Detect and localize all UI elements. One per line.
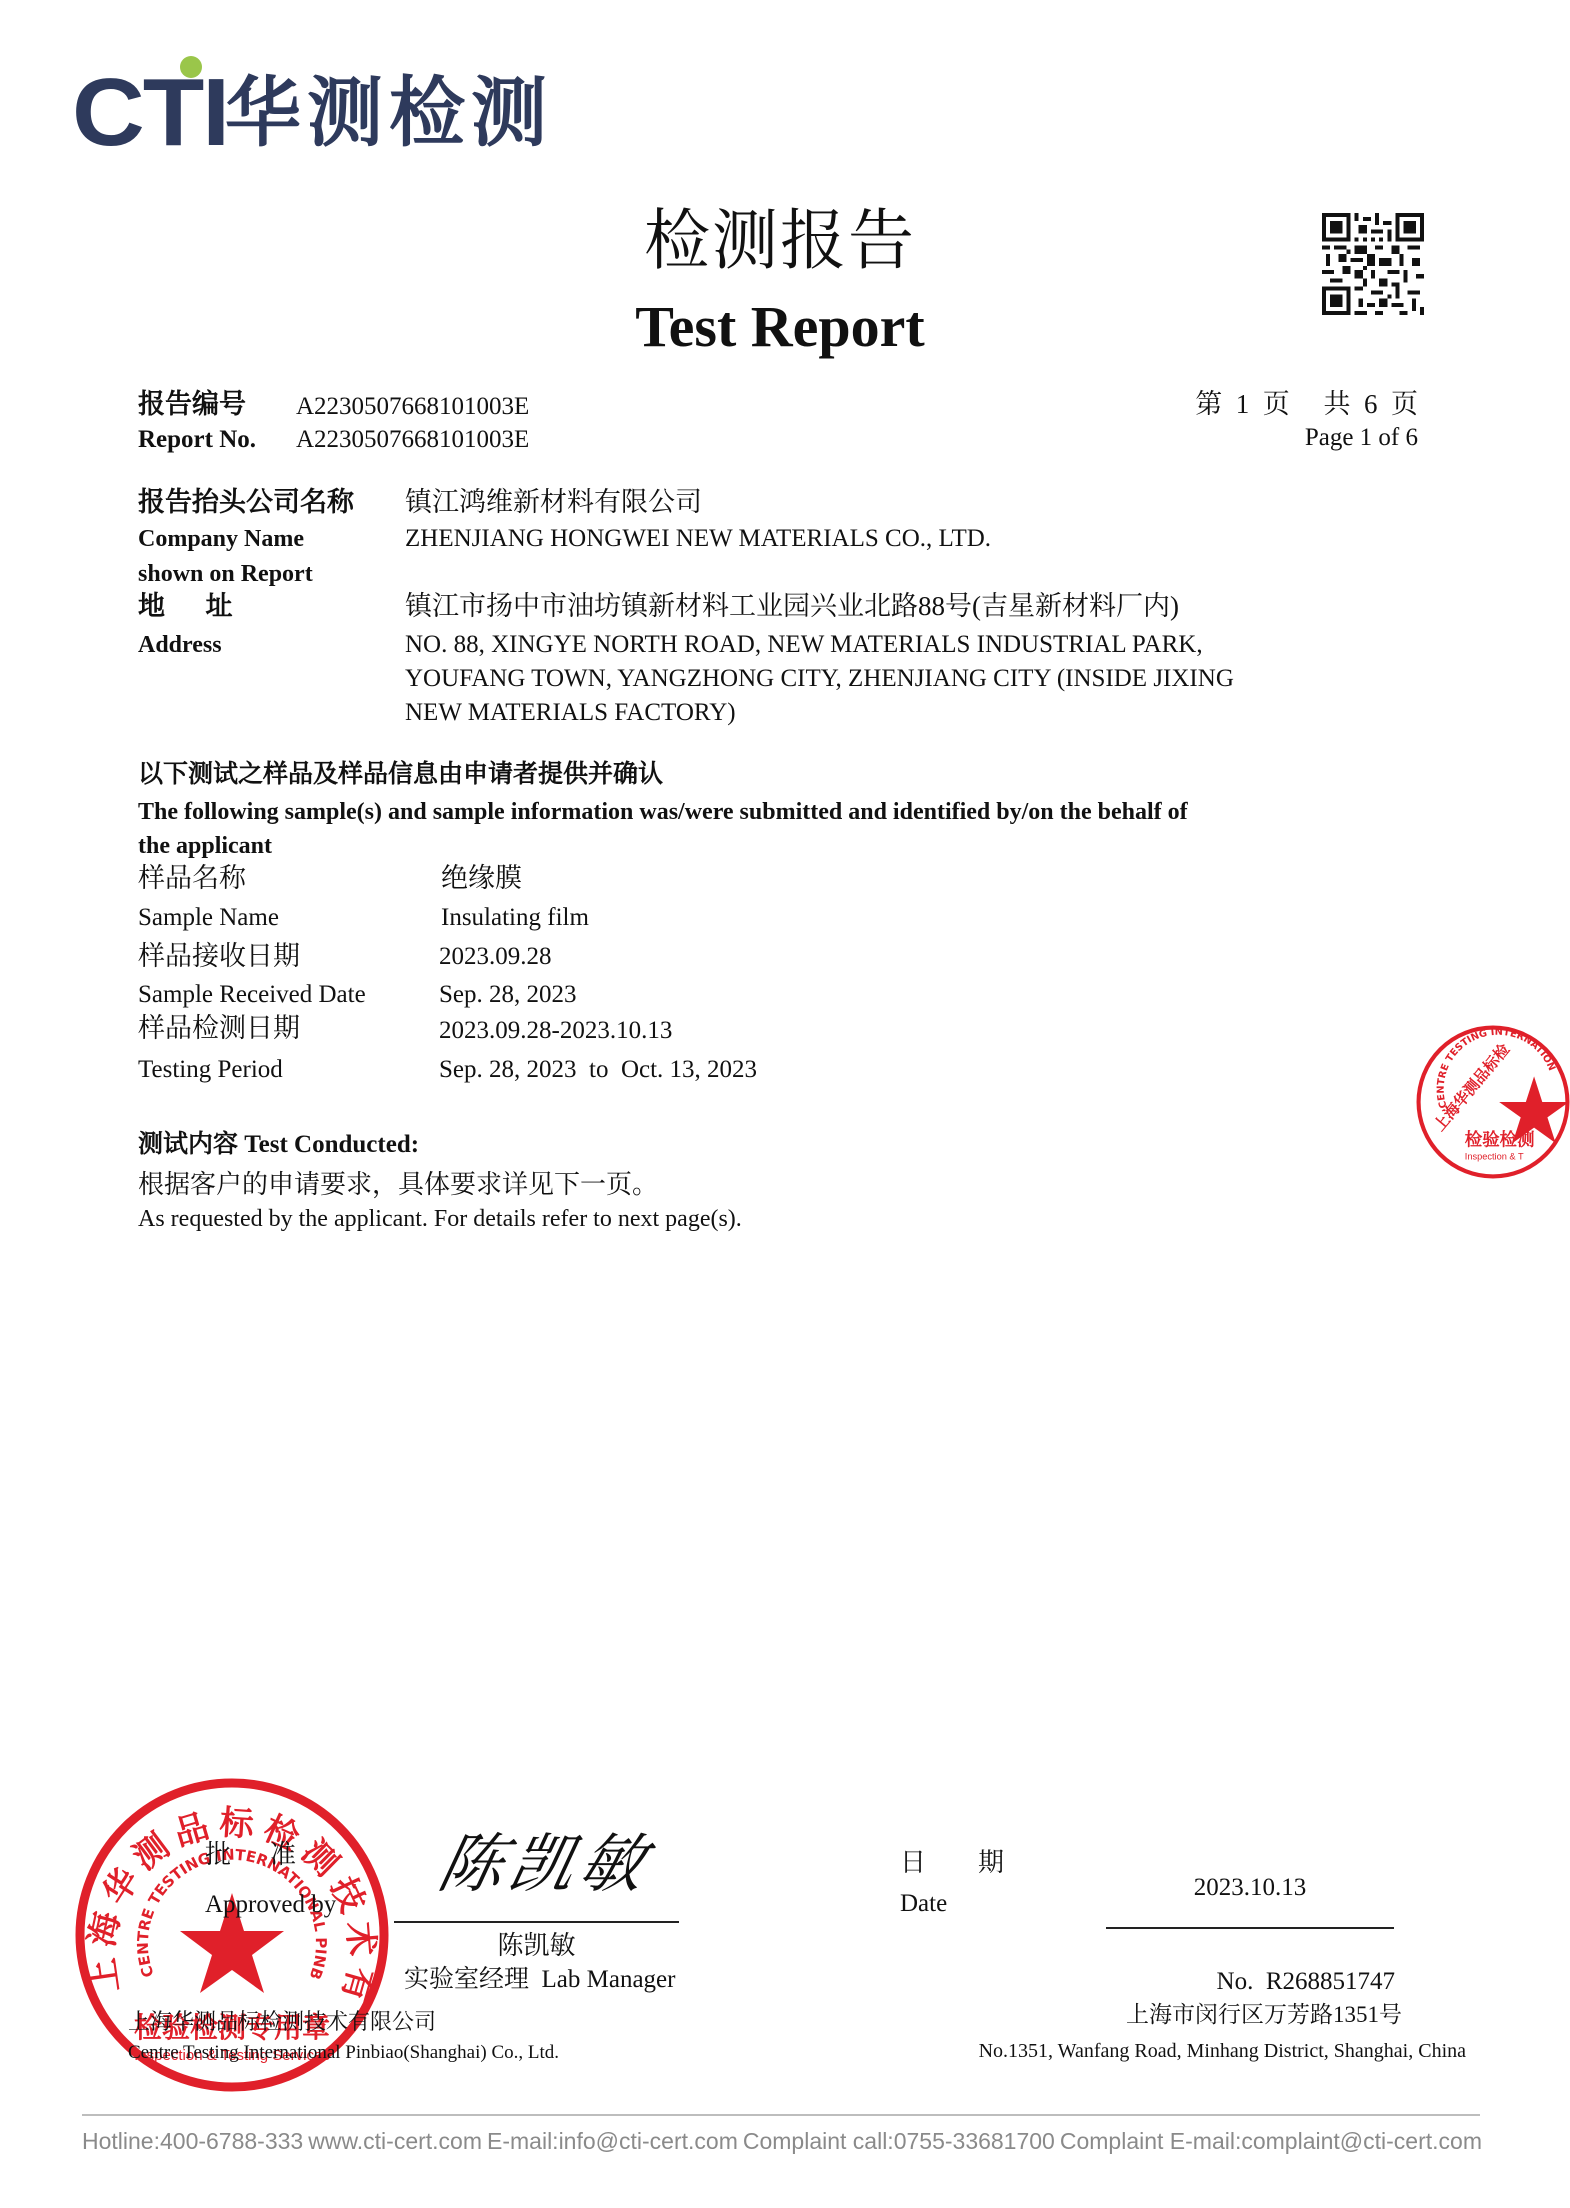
sample-received-value-cn: 2023.09.28: [439, 942, 552, 972]
testing-period-value-en: Sep. 28, 2023 to Oct. 13, 2023: [439, 1055, 757, 1085]
report-number-label-cn: 报告编号: [138, 389, 246, 419]
footer-website-link[interactable]: www.cti-cert.com: [308, 2128, 482, 2155]
sample-intro-en-1: The following sample(s) and sample infor…: [138, 797, 1188, 827]
company-label-cn: 报告抬头公司名称: [138, 486, 354, 518]
sample-received-label-cn: 样品接收日期: [138, 940, 300, 972]
approver-title: 实验室经理 Lab Manager: [404, 1964, 675, 1996]
approver-name: 陈凯敏: [394, 1930, 679, 1962]
date-label-en: Date: [900, 1889, 947, 1919]
address-en-line-1: NO. 88, XINGYE NORTH ROAD, NEW MATERIALS…: [405, 630, 1203, 660]
testing-period-label-cn: 样品检测日期: [138, 1012, 300, 1044]
report-number-en: A2230507668101003E: [296, 425, 529, 455]
cert-number: No. R268851747: [1217, 1967, 1395, 1997]
test-heading: 测试内容 Test Conducted:: [138, 1130, 419, 1160]
approved-by-label-en: Approved by: [205, 1890, 336, 1920]
testing-period-label-en: Testing Period: [138, 1055, 283, 1085]
approver-title-cn: 实验室经理: [404, 1966, 529, 1993]
issuer-address-en: No.1351, Wanfang Road, Minhang District,…: [979, 2038, 1466, 2064]
approved-by-label-cn: 批 准: [205, 1840, 296, 1870]
signature-line: [394, 1921, 679, 1923]
test-heading-cn: 测试内容: [138, 1131, 238, 1158]
approver-title-en: Lab Manager: [542, 1966, 676, 1993]
side-seal-stamp-icon: CENTRE TESTING INTERNATIONAL 上海华测品标检 检验检…: [1416, 952, 1570, 1252]
test-heading-en: Test Conducted:: [244, 1131, 419, 1158]
sample-intro-en-2: the applicant: [138, 831, 272, 861]
company-name-cn: 镇江鸿维新材料有限公司: [405, 486, 702, 518]
footer-complaint-email-link[interactable]: Complaint E-mail:complaint@cti-cert.com: [1060, 2128, 1482, 2155]
page-indicator-en: Page 1 of 6: [1305, 423, 1418, 453]
approval-date: 2023.10.13: [1106, 1873, 1394, 1903]
logo-text-cn: 华测检测: [225, 68, 553, 158]
logo-text-latin: CTI: [72, 68, 228, 158]
testing-period-value-cn: 2023.09.28-2023.10.13: [439, 1016, 672, 1046]
footer-hotline: Hotline:400-6788-333: [82, 2128, 303, 2155]
footer: Hotline:400-6788-333 www.cti-cert.com E-…: [82, 2128, 1482, 2155]
sample-received-value-en: Sep. 28, 2023: [439, 980, 577, 1010]
title-en: Test Report: [0, 292, 1560, 362]
signature: 陈凯敏: [433, 1830, 658, 1900]
issuer-address-cn: 上海市闵行区万芳路1351号: [1126, 2001, 1402, 2029]
address-label-en: Address: [138, 630, 222, 660]
logo-dot-icon: [180, 56, 202, 78]
footer-email-link[interactable]: E-mail:info@cti-cert.com: [487, 2128, 738, 2155]
report-number-label-en: Report No.: [138, 425, 256, 455]
footer-complaint-call: Complaint call:0755-33681700: [743, 2128, 1055, 2155]
sample-name-label-en: Sample Name: [138, 903, 279, 933]
footer-divider: [82, 2114, 1480, 2116]
address-cn: 镇江市扬中市油坊镇新材料工业园兴业北路88号(吉星新材料厂内): [405, 590, 1179, 622]
company-label-en-1: Company Name: [138, 524, 304, 554]
company-name-en: ZHENJIANG HONGWEI NEW MATERIALS CO., LTD…: [405, 524, 991, 554]
page-indicator-cn: 第 1 页 共 6 页: [1195, 389, 1418, 419]
sample-name-value-en: Insulating film: [441, 903, 589, 933]
address-en-line-3: NEW MATERIALS FACTORY): [405, 698, 736, 728]
date-label-cn: 日 期: [900, 1848, 1004, 1878]
address-label-cn: 地 址: [138, 590, 233, 622]
test-body-cn: 根据客户的申请要求，具体要求详见下一页。: [138, 1169, 658, 1201]
address-en-line-2: YOUFANG TOWN, YANGZHONG CITY, ZHENJIANG …: [405, 664, 1234, 694]
side-stamp-bottom-en: Inspection & T: [1465, 1151, 1524, 1161]
sample-name-label-cn: 样品名称: [138, 862, 246, 894]
company-label-en-2: shown on Report: [138, 559, 313, 589]
issuer-name-cn: 上海华测品标检测技术有限公司: [128, 2008, 436, 2036]
issuer-name-en: Centre Testing International Pinbiao(Sha…: [128, 2040, 559, 2066]
sample-name-value-cn: 绝缘膜: [441, 862, 522, 894]
report-number-cn: A2230507668101003E: [296, 392, 529, 422]
test-body-en: As requested by the applicant. For detai…: [138, 1204, 742, 1234]
date-line: [1106, 1927, 1394, 1929]
sample-received-label-en: Sample Received Date: [138, 980, 366, 1010]
side-stamp-bottom-cn: 检验检测: [1465, 1130, 1535, 1151]
title-cn: 检测报告: [0, 204, 1560, 280]
sample-intro-cn: 以下测试之样品及样品信息由申请者提供并确认: [138, 760, 663, 790]
